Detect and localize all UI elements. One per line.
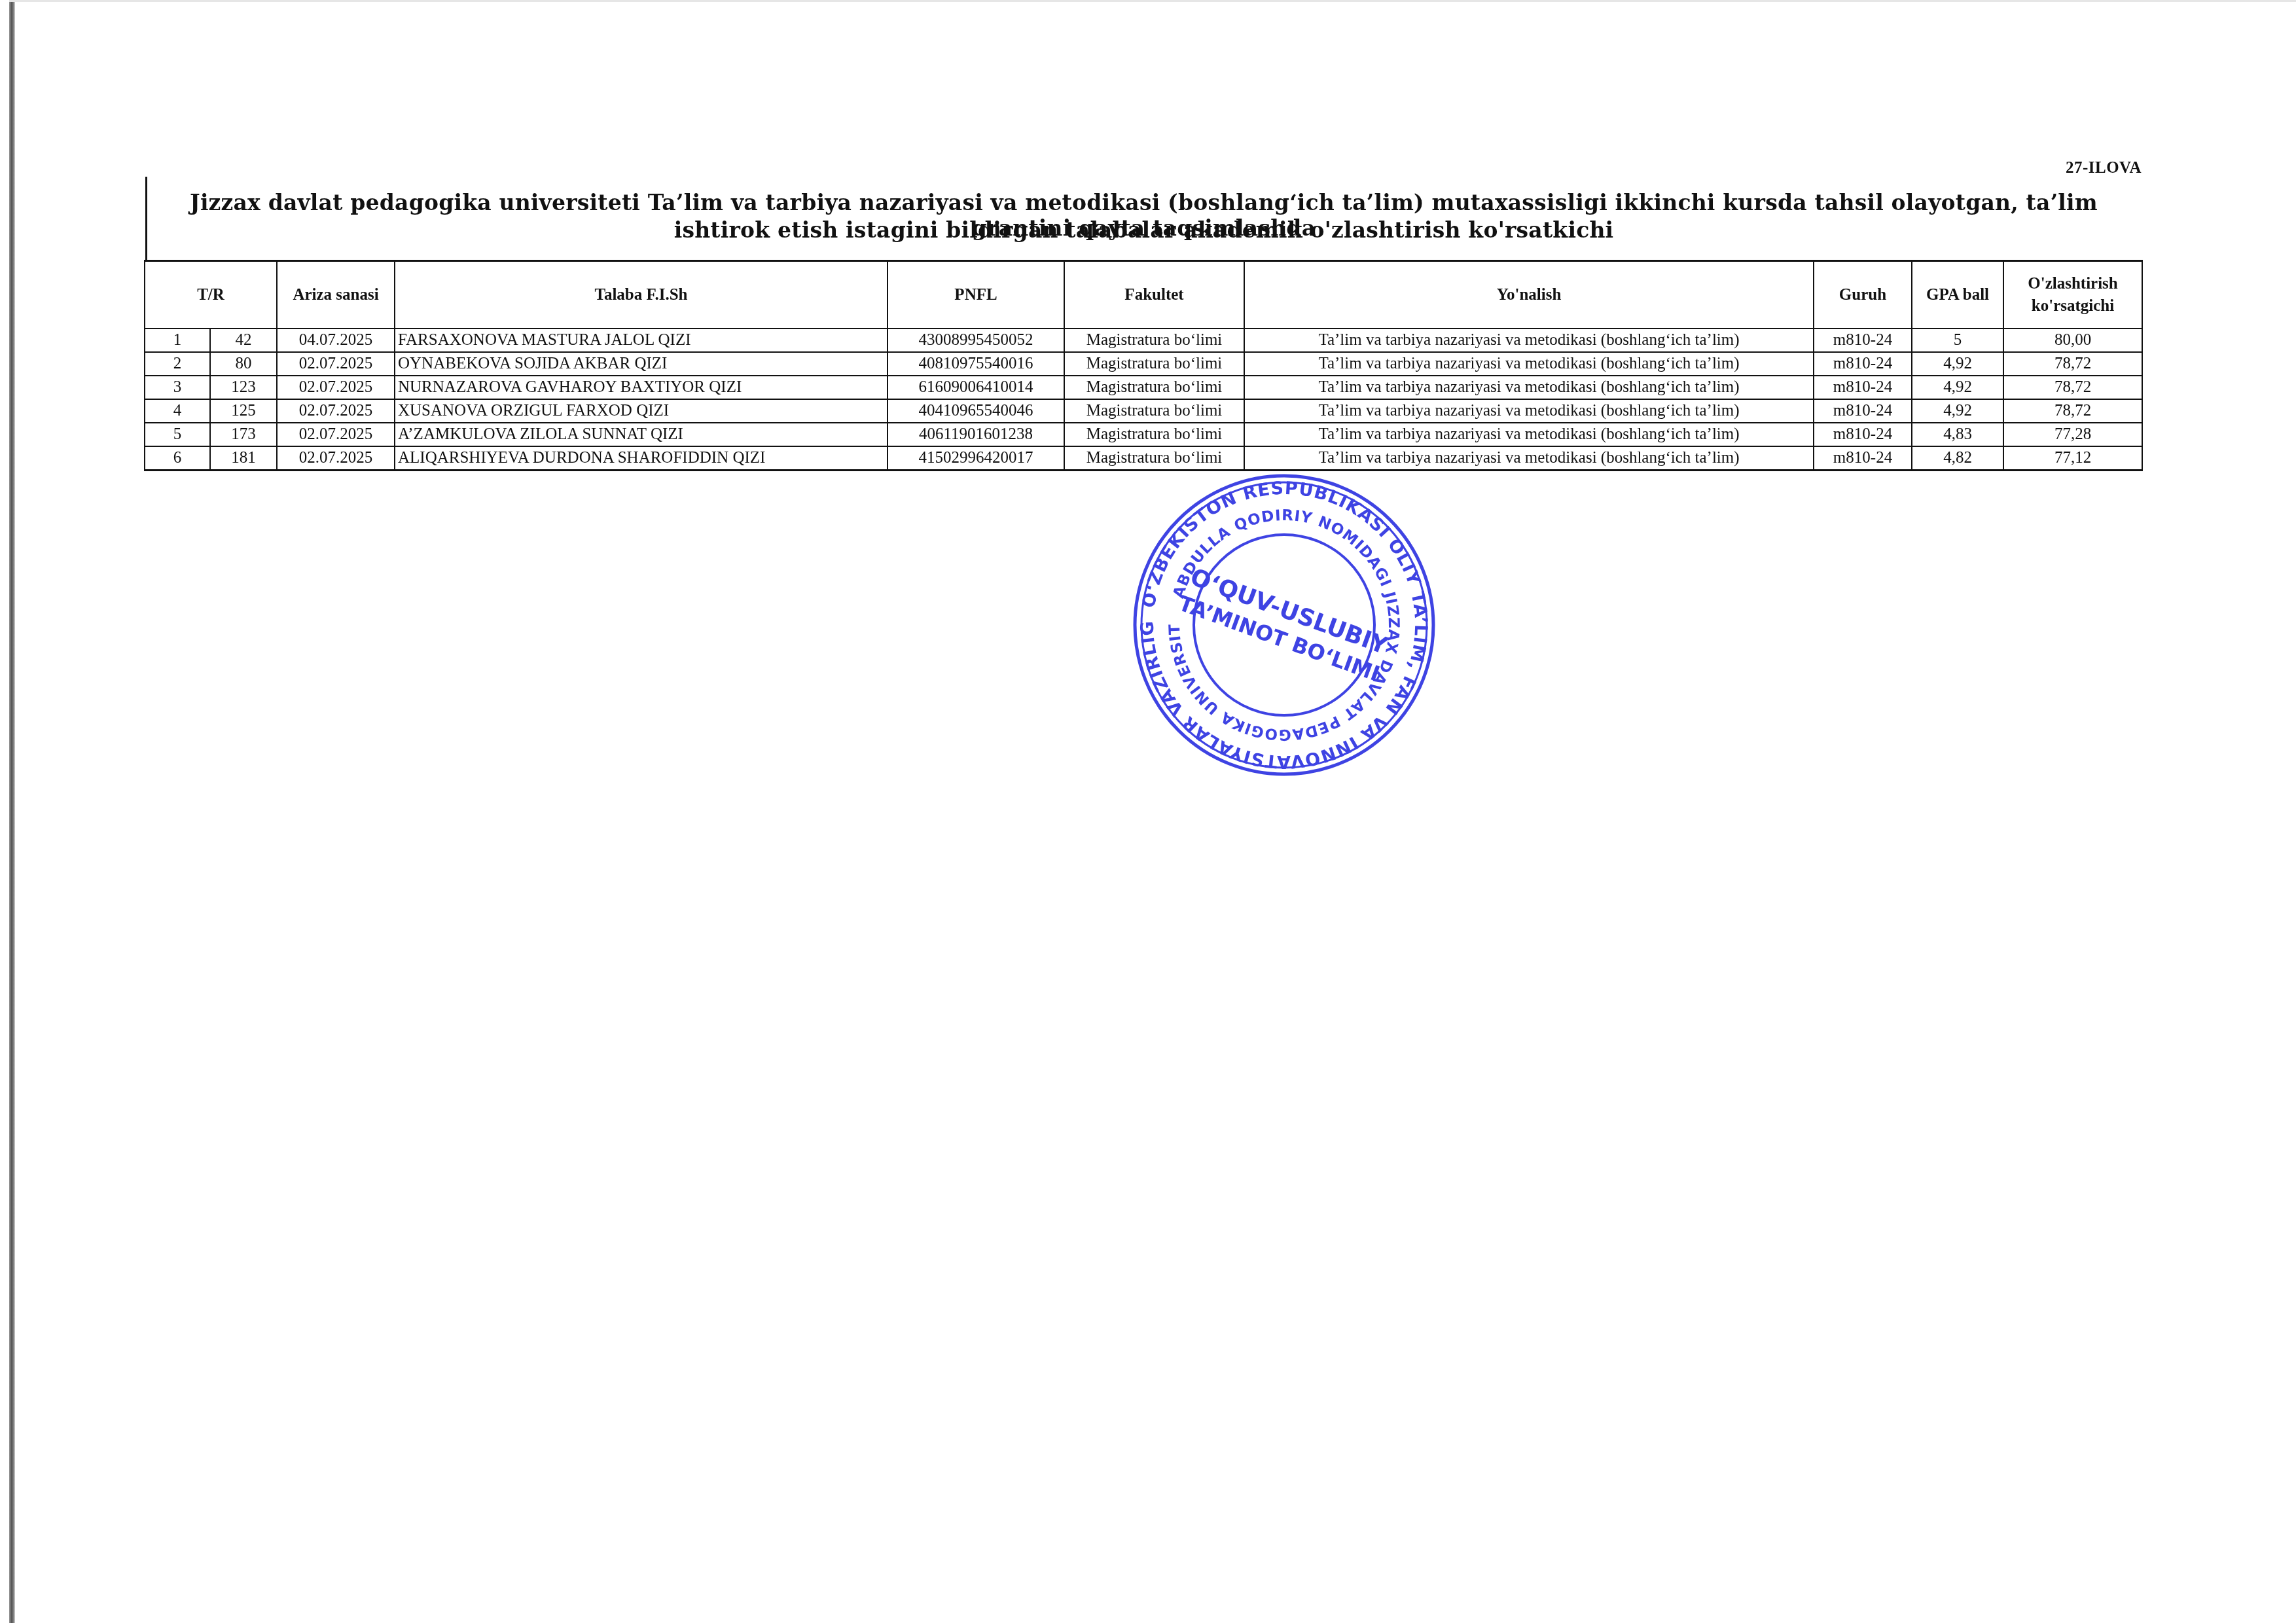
cell-group: m810-24 [1814,329,1912,352]
cell-application-date: 02.07.2025 [277,376,395,399]
cell-faculty: Magistratura bo‘limi [1064,446,1244,471]
cell-direction: Ta’lim va tarbiya nazariyasi va metodika… [1244,446,1814,471]
cell-row-number: 1 [145,329,210,352]
cell-student-name: FARSAXONOVA MASTURA JALOL QIZI [395,329,888,352]
cell-row-number: 6 [145,446,210,471]
header-student-name: Talaba F.I.Sh [395,261,888,329]
header-mastery: O'zlashtirish ko'rsatgichi [2003,261,2142,329]
cell-application-id: 125 [210,399,277,423]
cell-direction: Ta’lim va tarbiya nazariyasi va metodika… [1244,376,1814,399]
cell-row-number: 4 [145,399,210,423]
header-application-date: Ariza sanasi [277,261,395,329]
cell-row-number: 5 [145,423,210,446]
cell-group: m810-24 [1814,376,1912,399]
cell-application-id: 80 [210,352,277,376]
cell-direction: Ta’lim va tarbiya nazariyasi va metodika… [1244,399,1814,423]
cell-group: m810-24 [1814,399,1912,423]
header-mastery-line-2: ko'rsatgichi [2032,297,2114,315]
cell-application-date: 02.07.2025 [277,352,395,376]
cell-application-date: 02.07.2025 [277,446,395,471]
header-faculty: Fakultet [1064,261,1244,329]
scan-edge [9,0,15,1623]
cell-gpa: 4,92 [1912,376,2003,399]
scan-edge-top [9,0,2296,2]
cell-faculty: Magistratura bo‘limi [1064,423,1244,446]
cell-group: m810-24 [1814,352,1912,376]
cell-application-id: 123 [210,376,277,399]
header-group: Guruh [1814,261,1912,329]
official-stamp: O‘ZBEKISTON RESPUBLIKASI OLIY TA’LIM, FA… [1130,471,1438,779]
header-mastery-line-1: O'zlashtirish [2028,275,2118,293]
cell-gpa: 4,82 [1912,446,2003,471]
header-pnfl: PNFL [888,261,1064,329]
cell-row-number: 2 [145,352,210,376]
cell-group: m810-24 [1814,446,1912,471]
cell-pnfl: 61609006410014 [888,376,1064,399]
document-title: Jizzax davlat pedagogika universiteti Ta… [145,177,2140,260]
table-row: 517302.07.2025A’ZAMKULOVA ZILOLA SUNNAT … [145,423,2142,446]
cell-mastery-score: 78,72 [2003,376,2142,399]
annex-label: 27-ILOVA [2066,159,2142,177]
cell-direction: Ta’lim va tarbiya nazariyasi va metodika… [1244,352,1814,376]
cell-faculty: Magistratura bo‘limi [1064,352,1244,376]
table-header-row: T/R Ariza sanasi Talaba F.I.Sh PNFL Faku… [145,261,2142,329]
cell-student-name: NURNAZAROVA GAVHAROY BAXTIYOR QIZI [395,376,888,399]
cell-application-date: 02.07.2025 [277,399,395,423]
cell-mastery-score: 80,00 [2003,329,2142,352]
cell-mastery-score: 78,72 [2003,399,2142,423]
cell-mastery-score: 77,28 [2003,423,2142,446]
cell-gpa: 4,92 [1912,352,2003,376]
cell-pnfl: 43008995450052 [888,329,1064,352]
header-tr: T/R [145,261,277,329]
cell-application-id: 42 [210,329,277,352]
students-table: T/R Ariza sanasi Talaba F.I.Sh PNFL Faku… [144,260,2143,471]
cell-application-id: 173 [210,423,277,446]
cell-gpa: 4,83 [1912,423,2003,446]
cell-direction: Ta’lim va tarbiya nazariyasi va metodika… [1244,329,1814,352]
table-row: 412502.07.2025XUSANOVA ORZIGUL FARXOD QI… [145,399,2142,423]
cell-row-number: 3 [145,376,210,399]
cell-pnfl: 40410965540046 [888,399,1064,423]
cell-faculty: Magistratura bo‘limi [1064,329,1244,352]
cell-pnfl: 40810975540016 [888,352,1064,376]
cell-mastery-score: 77,12 [2003,446,2142,471]
cell-pnfl: 40611901601238 [888,423,1064,446]
cell-application-date: 04.07.2025 [277,329,395,352]
table-row: 14204.07.2025FARSAXONOVA MASTURA JALOL Q… [145,329,2142,352]
cell-direction: Ta’lim va tarbiya nazariyasi va metodika… [1244,423,1814,446]
table-row: 312302.07.2025NURNAZAROVA GAVHAROY BAXTI… [145,376,2142,399]
cell-application-id: 181 [210,446,277,471]
cell-pnfl: 41502996420017 [888,446,1064,471]
cell-application-date: 02.07.2025 [277,423,395,446]
cell-gpa: 4,92 [1912,399,2003,423]
table-row: 28002.07.2025OYNABEKOVA SOJIDA AKBAR QIZ… [145,352,2142,376]
table-body: 14204.07.2025FARSAXONOVA MASTURA JALOL Q… [145,329,2142,471]
cell-group: m810-24 [1814,423,1912,446]
title-line-2: ishtirok etish istagini bildirgan talaba… [147,217,2140,243]
cell-faculty: Magistratura bo‘limi [1064,399,1244,423]
table-row: 618102.07.2025ALIQARSHIYEVA DURDONA SHAR… [145,446,2142,471]
cell-student-name: ALIQARSHIYEVA DURDONA SHAROFIDDIN QIZI [395,446,888,471]
cell-student-name: XUSANOVA ORZIGUL FARXOD QIZI [395,399,888,423]
cell-faculty: Magistratura bo‘limi [1064,376,1244,399]
cell-gpa: 5 [1912,329,2003,352]
cell-mastery-score: 78,72 [2003,352,2142,376]
cell-student-name: OYNABEKOVA SOJIDA AKBAR QIZI [395,352,888,376]
header-direction: Yo'nalish [1244,261,1814,329]
cell-student-name: A’ZAMKULOVA ZILOLA SUNNAT QIZI [395,423,888,446]
header-gpa: GPA ball [1912,261,2003,329]
